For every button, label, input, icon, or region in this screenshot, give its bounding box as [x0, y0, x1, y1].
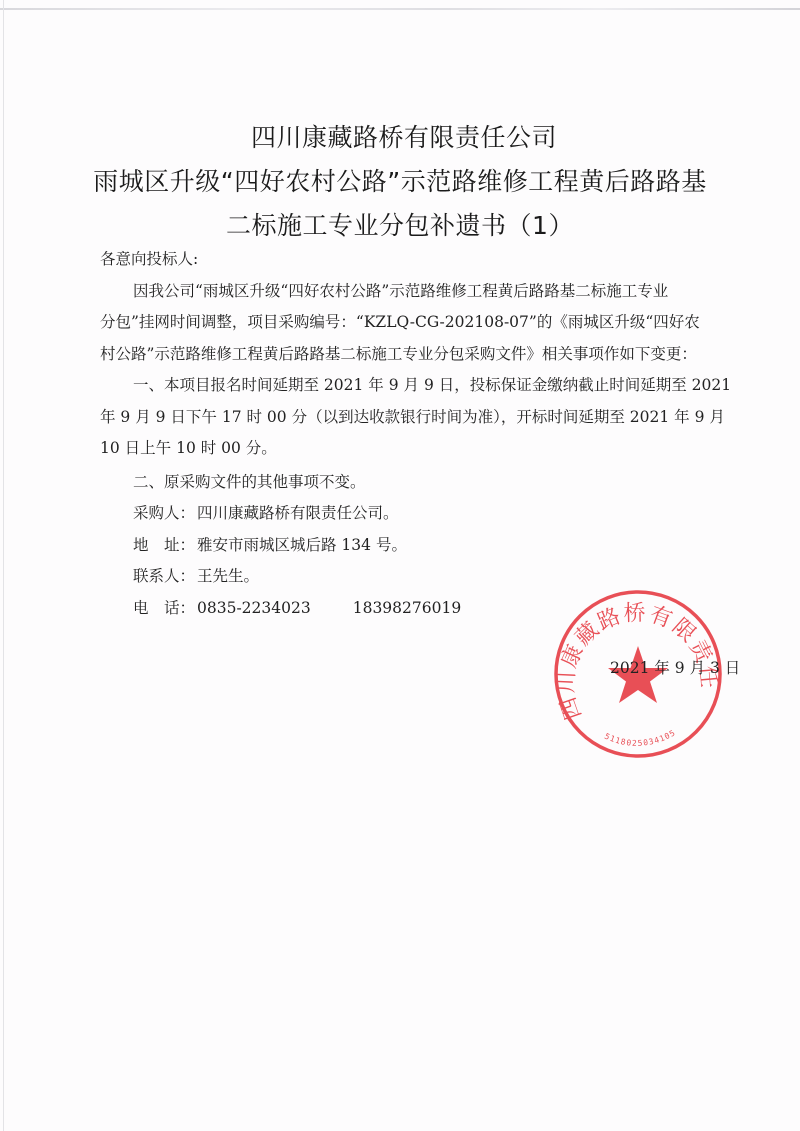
intro-paragraph: 因我公司“雨城区升级“四好农村公路”示范路维修工程黄后路路基二标施工专业 分包”… [100, 276, 720, 371]
svg-text:5118025034105: 5118025034105 [603, 728, 677, 748]
document-title: 四川康藏路桥有限责任公司 雨城区升级“四好农村公路”示范路维修工程黄后路路基 二… [0, 116, 800, 248]
title-addendum: 二标施工专业分包补遗书（1） [0, 204, 800, 248]
item-1-line: 一、本项目报名时间延期至 2021 年 9 月 9 日，投标保证金缴纳截止时间延… [100, 370, 720, 402]
contact-person-value: 王先生。 [197, 567, 259, 585]
phone-label: 电 话： [133, 593, 197, 625]
salutation: 各意向投标人: [100, 244, 720, 276]
purchaser-value: 四川康藏路桥有限责任公司。 [197, 504, 399, 522]
document-body: 各意向投标人: 因我公司“雨城区升级“四好农村公路”示范路维修工程黄后路路基二标… [100, 244, 720, 624]
item-1-line: 年 9 月 9 日下午 17 时 00 分（以到达收款银行时间为准），开标时间延… [100, 402, 720, 434]
purchaser-label: 采购人： [133, 498, 197, 530]
seal-number: 5118025034105 [603, 728, 677, 748]
title-company: 四川康藏路桥有限责任公司 [8, 116, 800, 160]
phone-mobile: 18398276019 [353, 599, 461, 617]
document-date: 2021 年 9 月 3 日 [610, 656, 740, 678]
address-label: 地 址： [133, 530, 197, 562]
intro-line: 因我公司“雨城区升级“四好农村公路”示范路维修工程黄后路路基二标施工专业 [100, 276, 720, 308]
scan-edge-top [0, 8, 800, 10]
purchaser-row: 采购人：四川康藏路桥有限责任公司。 [100, 498, 720, 530]
item-2-paragraph: 二、原采购文件的其他事项不变。 [100, 467, 720, 499]
address-row: 地 址：雅安市雨城区城后路 134 号。 [100, 530, 720, 562]
address-value: 雅安市雨城区城后路 134 号。 [197, 536, 407, 554]
title-project: 雨城区升级“四好农村公路”示范路维修工程黄后路路基 [0, 160, 800, 204]
contact-person-label: 联系人： [133, 561, 197, 593]
item-1-line: 10 日上午 10 时 00 分。 [100, 433, 720, 465]
item-1-paragraph: 一、本项目报名时间延期至 2021 年 9 月 9 日，投标保证金缴纳截止时间延… [100, 370, 720, 465]
intro-line: 村公路”示范路维修工程黄后路路基二标施工专业分包采购文件》相关事项作如下变更： [100, 339, 720, 371]
phone-landline: 0835-2234023 [197, 599, 311, 617]
intro-line: 分包”挂网时间调整，项目采购编号：“KZLQ-CG-202108-07”的《雨城… [100, 307, 720, 339]
